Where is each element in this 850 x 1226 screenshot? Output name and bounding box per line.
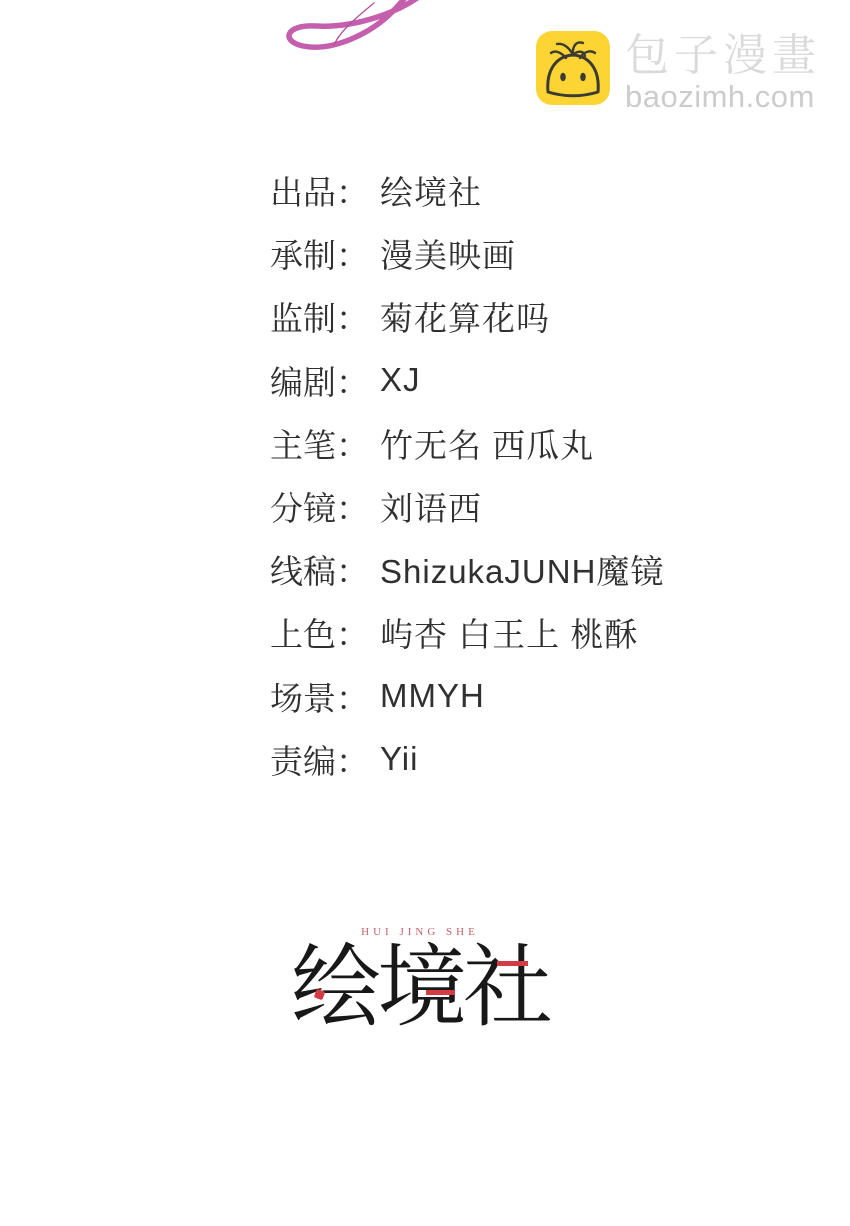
baozimh-watermark: 包子漫畫 baozimh.com	[536, 31, 821, 112]
studio-logo-romanized: HUI JING SHE	[288, 926, 552, 938]
credit-row-lead-artist: 主笔： 竹无名 西瓜丸	[270, 412, 664, 475]
credits-list: 出品： 绘境社 承制： 漫美映画 监制： 菊花算花吗 编剧： XJ 主笔： 竹无…	[270, 159, 664, 791]
credit-role-label: 监制：	[270, 293, 380, 340]
credit-role-label: 责编：	[270, 736, 380, 783]
credit-row-storyboard: 分镜： 刘语西	[270, 475, 664, 538]
credit-role-label: 编剧：	[270, 357, 380, 404]
credit-role-label: 出品：	[270, 167, 380, 214]
logo-red-accent-stroke-middle	[426, 990, 455, 995]
credit-role-label: 上色：	[270, 609, 380, 656]
studio-logo: HUI JING SHE 绘境社	[288, 926, 552, 1038]
credit-names: 刘语西	[380, 483, 482, 530]
credit-names: MMYH	[380, 677, 485, 715]
credit-role-label: 线稿：	[270, 546, 380, 593]
credit-names: 漫美映画	[380, 230, 516, 277]
watermark-text: 包子漫畫 baozimh.com	[625, 31, 821, 112]
credit-names: 竹无名 西瓜丸	[380, 420, 594, 467]
credit-row-supervisor: 监制： 菊花算花吗	[270, 285, 664, 348]
credit-names: XJ	[380, 361, 421, 399]
credit-role-label: 承制：	[270, 230, 380, 277]
credit-names: ShizukaJUNH魔镜	[380, 546, 664, 593]
credit-row-background: 场景： MMYH	[270, 665, 664, 728]
credit-role-label: 场景：	[270, 673, 380, 720]
logo-red-accent-stroke-right	[497, 961, 528, 966]
watermark-site-url: baozimh.com	[625, 81, 821, 112]
credit-names: 菊花算花吗	[380, 293, 550, 340]
credit-names: Yii	[380, 740, 418, 778]
credit-names: 屿杏 白王上 桃酥	[380, 609, 638, 656]
baozi-mascot-icon	[536, 31, 610, 105]
credit-row-coloring: 上色： 屿杏 白王上 桃酥	[270, 601, 664, 664]
credit-row-editor: 责编： Yii	[270, 728, 664, 791]
credit-role-label: 分镜：	[270, 483, 380, 530]
studio-logo-name: 绘境社	[288, 940, 552, 1038]
credit-role-label: 主笔：	[270, 420, 380, 467]
credit-row-lineart: 线稿： ShizukaJUNH魔镜	[270, 538, 664, 601]
credit-row-production: 承制： 漫美映画	[270, 222, 664, 285]
ribbon-swoosh-decoration	[240, 0, 460, 62]
credit-names: 绘境社	[380, 167, 482, 214]
watermark-site-name: 包子漫畫	[625, 31, 821, 81]
credit-row-screenwriter: 编剧： XJ	[270, 349, 664, 412]
credit-row-producer: 出品： 绘境社	[270, 159, 664, 222]
